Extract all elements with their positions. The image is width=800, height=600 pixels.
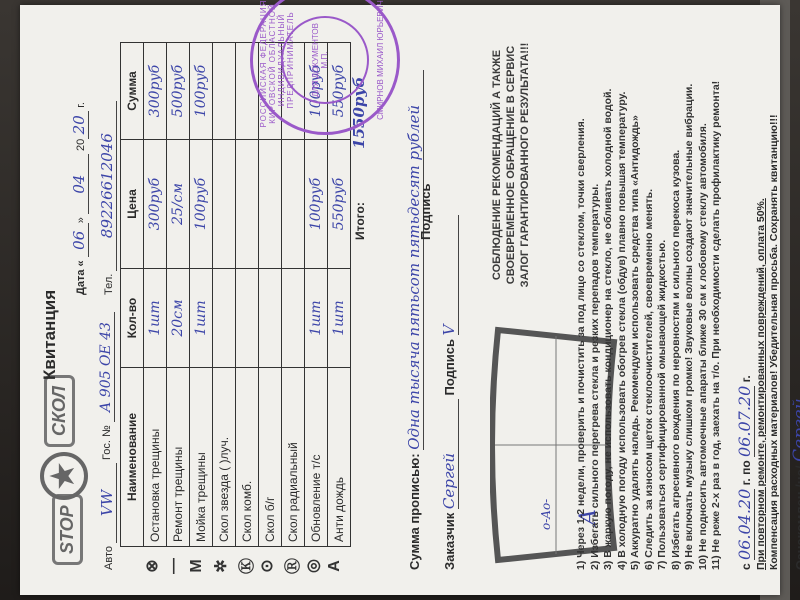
note-line-2: Компенсация расходных материалов! Убедит… xyxy=(768,10,781,570)
stamp-name: СМИРНОВ МИХАИЛ ЮРЬЕВИЧ xyxy=(376,0,385,132)
r-circle-icon: Ⓡ xyxy=(280,551,303,581)
date-label: Дата « xyxy=(75,260,87,295)
repeat-repair-notes: При повторном ремонте, ремонтированных п… xyxy=(755,10,781,570)
k-circle-icon: Ⓚ xyxy=(234,551,257,581)
cell-name: Остановка трещины xyxy=(144,368,167,547)
phone-field: Тел. 89226612046 xyxy=(98,101,117,295)
cell-qty: 1шт xyxy=(305,269,328,368)
date-field: Дата « 06» 04 2020 г. xyxy=(70,102,89,295)
cell-price: 100руб xyxy=(190,140,213,269)
date-month: 04 xyxy=(70,154,89,214)
recommendation-item: 5) Аккуратно удалять наледь. Рекомендуем… xyxy=(629,25,643,570)
note-line-1: При повторном ремонте, ремонтированных п… xyxy=(755,10,768,570)
customer-sign-label: Подпись xyxy=(442,339,457,395)
date-year-prefix: 20 xyxy=(75,139,87,151)
total-label: Итого: xyxy=(353,202,367,240)
receipt-page: STOP ★ СКОЛ Квитанция Авто VW Гос. № А 9… xyxy=(20,5,780,595)
header-name: Наименование xyxy=(121,368,144,547)
cell-price: 100руб xyxy=(305,140,328,269)
header-sum: Сумма xyxy=(121,43,144,140)
cell-name: Скол комб. xyxy=(236,368,259,547)
stamp-inner: ДЛЯ ДОКУМЕНТОВ М.П. xyxy=(281,16,369,104)
table-row: Ремонт трещины20см25/см500руб xyxy=(167,43,190,547)
cell-qty: 1шт xyxy=(328,269,351,368)
recommendation-item: 3) В жаркую погоду, не использовать конд… xyxy=(602,25,616,570)
cell-name: Обновление т/с xyxy=(305,368,328,547)
cross-circle-icon: ⊗ xyxy=(142,551,165,581)
phone-value: 89226612046 xyxy=(98,101,117,271)
plate-field: Гос. № А 905 ОЕ 43 xyxy=(98,312,115,460)
cell-price xyxy=(236,140,259,269)
auto-label: Авто xyxy=(103,546,115,570)
cell-name: Скол радиальный xyxy=(282,368,305,547)
header-price: Цена xyxy=(121,140,144,269)
auto-value: VW xyxy=(98,463,117,543)
acknowledged-row: Ознакомлен /на/ Сергей xyxy=(790,162,800,570)
period-to: 06.07.20 xyxy=(735,386,755,457)
date-day: 06 xyxy=(70,223,89,257)
cell-price: 550руб xyxy=(328,140,351,269)
star-circle-icon: ✲ xyxy=(211,551,234,581)
cell-price xyxy=(213,140,236,269)
a-letter-icon: A xyxy=(326,551,349,581)
obn-circle-icon: ◎ xyxy=(303,551,326,581)
company-stamp: РОССИЙСКАЯ ФЕДЕРАЦИЯ • КИРОВСКОЙ ОБЛАСТН… xyxy=(250,0,400,135)
table-row: Мойка трещины1шт100руб100руб xyxy=(190,43,213,547)
stop-skol-logo: STOP ★ СКОЛ xyxy=(40,380,88,565)
master-sign-label: Подпись xyxy=(418,184,433,240)
signatures-row: Заказчик Сергей Подпись V Подпись xyxy=(440,215,459,570)
sum-words-value: Одна тысяча пятьсот пятьдесят рублей xyxy=(405,70,424,450)
cell-qty: 20см xyxy=(167,269,190,368)
recommendation-item: 10) Не подносить автомоечные апараты бли… xyxy=(697,25,711,570)
date-suffix: г. xyxy=(75,102,87,108)
table-row: Остановка трещины1шт300руб300руб xyxy=(144,43,167,547)
cell-price xyxy=(259,140,282,269)
stamp-mp: М.П. xyxy=(320,18,329,102)
logo-skol: СКОЛ xyxy=(44,375,75,447)
cell-sum: 100руб xyxy=(190,43,213,140)
customer-signature: V xyxy=(440,215,459,335)
plate-value: А 905 ОЕ 43 xyxy=(98,312,115,422)
recommendation-item: 2) Избегать сильного перегрева стекла и … xyxy=(589,25,603,570)
cell-qty xyxy=(259,269,282,368)
ack-label: Ознакомлен /на/ xyxy=(793,466,800,570)
cell-sum: 500руб xyxy=(167,43,190,140)
cell-sum xyxy=(213,43,236,140)
logo-stop: STOP xyxy=(52,494,83,565)
warranty-period: с 06.04.20 г. по 06.07.20 г. xyxy=(735,375,754,570)
sum-in-words: Сумма прописью: Одна тысяча пятьсот пять… xyxy=(405,70,424,570)
service-icons-column: ⊗—M✲Ⓚ⊙Ⓡ◎A xyxy=(142,551,349,581)
sum-words-label: Сумма прописью: xyxy=(407,453,422,570)
cell-qty xyxy=(236,269,259,368)
cell-name: Анти дождь xyxy=(328,368,351,547)
recommendation-item: 9) Не включать музыку слишком громко! Зв… xyxy=(683,25,697,570)
phone-label: Тел. xyxy=(103,274,115,295)
recommendations-header: СОБЛЮДЕНИЕ РЕКОМЕНДАЦИЙ А ТАКЖЕ СВОЕВРЕМ… xyxy=(490,35,532,295)
cell-name: Скол звезда ( )луч. xyxy=(213,368,236,547)
star-icon: ★ xyxy=(40,452,88,500)
stamp-center: ДЛЯ ДОКУМЕНТОВ xyxy=(311,18,320,102)
table-row: Скол комб. xyxy=(236,43,259,547)
recommendation-item: 7) Пользоваться сертифицированной омываю… xyxy=(656,25,670,570)
cell-name: Скол б/г xyxy=(259,368,282,547)
recommendation-item: 1) Через 1-2 недели, проверить и почисти… xyxy=(575,25,589,570)
receipt-title: Квитанция xyxy=(40,290,60,380)
dot-circle-icon: ⊙ xyxy=(257,551,280,581)
recommendation-item: 11) Не реже 2-х раз в год, заехать на т/… xyxy=(710,25,724,570)
m-underline-icon: M xyxy=(188,551,211,581)
cell-price: 300руб xyxy=(144,140,167,269)
cell-name: Мойка трещины xyxy=(190,368,213,547)
cell-sum: 300руб xyxy=(144,43,167,140)
recommendation-item: 4) В холодную погоду использовать обогре… xyxy=(616,25,630,570)
customer-label: Заказчик xyxy=(442,513,457,570)
customer-value: Сергей xyxy=(440,399,459,509)
cell-qty xyxy=(282,269,305,368)
table-header-row: Наименование Кол-во Цена Сумма xyxy=(121,43,144,547)
period-from: 06.04.20 xyxy=(735,489,755,560)
cell-name: Ремонт трещины xyxy=(167,368,190,547)
cell-qty: 1шт xyxy=(190,269,213,368)
plate-label: Гос. № xyxy=(101,425,113,460)
recommendation-item: 6) Следить за износом щеток стеклоочисти… xyxy=(643,25,657,570)
cell-qty: 1шт xyxy=(144,269,167,368)
cell-qty xyxy=(213,269,236,368)
period-suffix: г. xyxy=(739,375,753,382)
recommendations-list: 1) Через 1-2 недели, проверить и почисти… xyxy=(575,25,724,570)
period-to-label: г. по xyxy=(739,460,753,485)
auto-field: Авто VW xyxy=(98,463,117,570)
date-year: 20 xyxy=(70,111,89,139)
period-from-label: с xyxy=(739,563,753,570)
dash-icon: — xyxy=(165,551,188,581)
ack-value: Сергей xyxy=(790,162,800,462)
chip-mark: o-Ao- xyxy=(539,499,553,530)
table-row: Скол звезда ( )луч. xyxy=(213,43,236,547)
cell-price xyxy=(282,140,305,269)
header-qty: Кол-во xyxy=(121,269,144,368)
recommendation-item: 8) Избегать агресивного вождения по неро… xyxy=(670,25,684,570)
cell-price: 25/см xyxy=(167,140,190,269)
